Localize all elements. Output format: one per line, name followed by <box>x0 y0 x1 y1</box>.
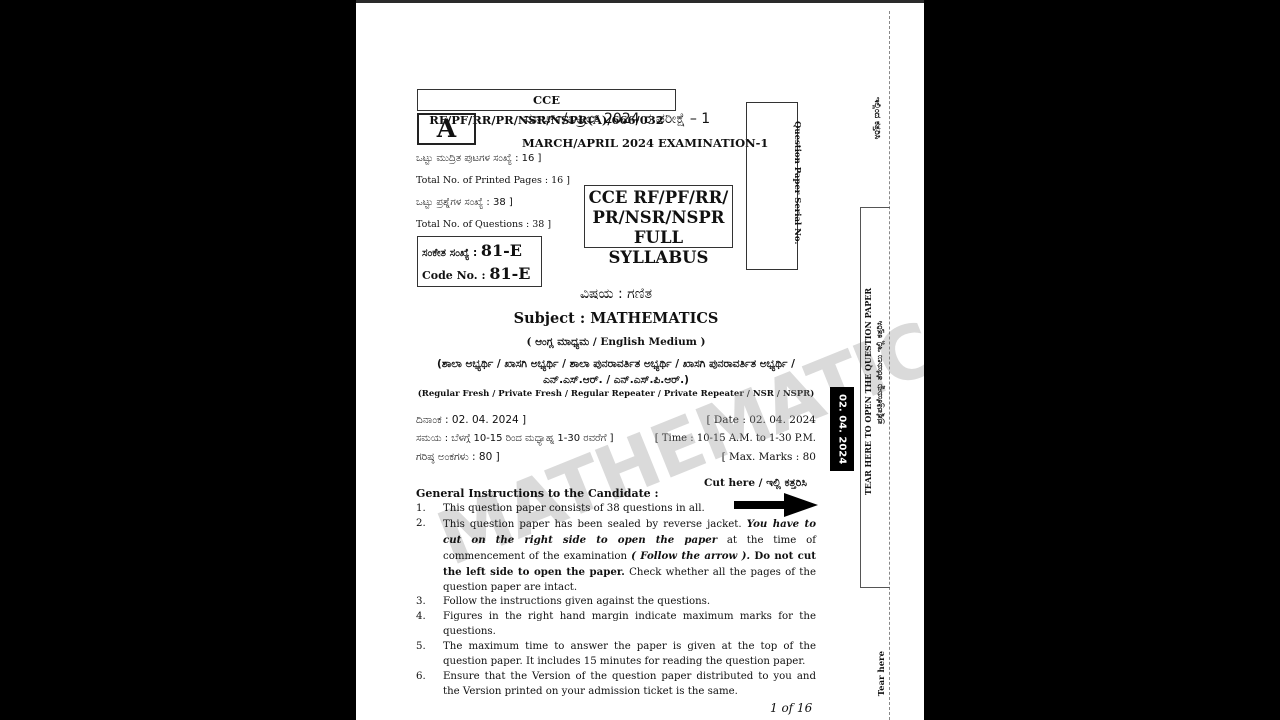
syllabus-box: CCE RF/PF/RR/ PR/NSR/NSPR FULL SYLLABUS <box>584 185 733 248</box>
code-value: 81-E <box>489 264 530 283</box>
instruction-item: 5. The maximum time to answer the paper … <box>416 640 816 670</box>
medium-label: ( ಆಂಗ್ಲ ಮಾಧ್ಯಮ / English Medium ) <box>416 336 816 349</box>
exam-title-kannada: ಮಾರ್ಚ್/ಏಪ್ರಿಲ್ 2024 ರ ಪರೀಕ್ಷೆ – 1 <box>523 111 710 127</box>
tear-instruction-kannada: ಪ್ರಶ್ನೆಪತ್ರಿಕೆಯನ್ನು ತೆರೆಯಲು ಇಲ್ಲಿ ಕತ್ತರಿ… <box>875 321 885 424</box>
syllabus-line: FULL SYLLABUS <box>585 228 732 268</box>
version-badge: A <box>417 113 476 145</box>
instruction-item: 4. Figures in the right hand margin indi… <box>416 610 816 640</box>
instruction-item: 2. This question paper has been sealed b… <box>416 517 816 596</box>
serial-number-box <box>746 102 798 270</box>
instructions-list: 1. This question paper consists of 38 qu… <box>416 502 816 700</box>
page-number: 1 of 16 <box>770 701 812 715</box>
code-number-kannada: ಸಂಕೇತ ಸಂಖ್ಯೆ : 81-E <box>422 241 522 260</box>
printed-pages-english: Total No. of Printed Pages : 16 ] <box>416 175 570 186</box>
date-row: ದಿನಾಂಕ : 02. 04. 2024 ] [ Date : 02. 04.… <box>416 414 816 427</box>
marks-row: ಗರಿಷ್ಠ ಅಂಕಗಳು : 80 ] [ Max. Marks : 80 <box>416 451 816 464</box>
candidate-types-english: (Regular Fresh / Private Fresh / Regular… <box>416 389 816 399</box>
candidate-types-kannada: (ಶಾಲಾ ಅಭ್ಯರ್ಥಿ / ಖಾಸಗಿ ಅಭ್ಯರ್ಥಿ / ಶಾಲಾ ಪ… <box>416 356 816 388</box>
instruction-item: 3. Follow the instructions given against… <box>416 595 816 610</box>
serial-number-label: Question Paper Serial No. <box>792 121 802 244</box>
date-english: [ Date : 02. 04. 2024 <box>706 414 816 427</box>
instructions-title: General Instructions to the Candidate : <box>416 487 659 500</box>
code-number-english: Code No. : 81-E <box>422 264 530 283</box>
code-label-english: Code No. : <box>422 269 486 282</box>
syllabus-line: PR/NSR/NSPR <box>585 208 732 228</box>
exam-title-english: MARCH/APRIL 2024 EXAMINATION-1 <box>522 136 768 150</box>
exam-date-band: 02. 04. 2024 <box>830 387 854 471</box>
cut-from-here-kannada: ಇಲ್ಲಿಂದ ಕತ್ತರಿಸಿ <box>872 97 882 139</box>
code-number-box: ಸಂಕೇತ ಸಂಖ್ಯೆ : 81-E Code No. : 81-E <box>417 236 542 287</box>
instruction-item: 1. This question paper consists of 38 qu… <box>416 502 816 517</box>
code-value: 81-E <box>481 241 522 260</box>
code-label-kannada: ಸಂಕೇತ ಸಂಖ್ಯೆ : <box>422 247 477 259</box>
tear-here-label: Tear here <box>877 651 887 696</box>
time-english: [ Time : 10-15 A.M. to 1-30 P.M. <box>655 433 816 444</box>
subject-kannada: ವಿಷಯ : ಗಣಿತ <box>416 286 816 302</box>
questions-count-kannada: ಒಟ್ಟು ಪ್ರಶ್ನೆಗಳ ಸಂಖ್ಯೆ : 38 ] <box>416 197 513 208</box>
date-kannada: ದಿನಾಂಕ : 02. 04. 2024 ] <box>416 414 526 427</box>
subject-english: Subject : MATHEMATICS <box>416 310 816 327</box>
tear-instruction-english: TEAR HERE TO OPEN THE QUESTION PAPER <box>863 288 873 495</box>
syllabus-line: CCE RF/PF/RR/ <box>585 188 732 208</box>
cut-here-label: Cut here / ಇಲ್ಲಿ ಕತ್ತರಿಸಿ <box>704 477 807 490</box>
document-page: CCE RF/PF/RR/PR/NSR/NSPR(A)/666/032 A ಮಾ… <box>356 3 924 720</box>
time-row: ಸಮಯ : ಬೆಳಗ್ಗೆ 10-15 ರಿಂದ ಮಧ್ಯಾಹ್ನ 1-30 ರ… <box>416 433 816 444</box>
paper-code-header: CCE RF/PF/RR/PR/NSR/NSPR(A)/666/032 <box>417 89 676 111</box>
instruction-item: 6. Ensure that the Version of the questi… <box>416 670 816 700</box>
time-kannada: ಸಮಯ : ಬೆಳಗ್ಗೆ 10-15 ರಿಂದ ಮಧ್ಯಾಹ್ನ 1-30 ರ… <box>416 433 614 444</box>
questions-count-english: Total No. of Questions : 38 ] <box>416 219 551 230</box>
marks-kannada: ಗರಿಷ್ಠ ಅಂಕಗಳು : 80 ] <box>416 451 500 464</box>
marks-english: [ Max. Marks : 80 <box>722 451 816 464</box>
printed-pages-kannada: ಒಟ್ಟು ಮುದ್ರಿತ ಪುಟಗಳ ಸಂಖ್ಯೆ : 16 ] <box>416 153 541 164</box>
